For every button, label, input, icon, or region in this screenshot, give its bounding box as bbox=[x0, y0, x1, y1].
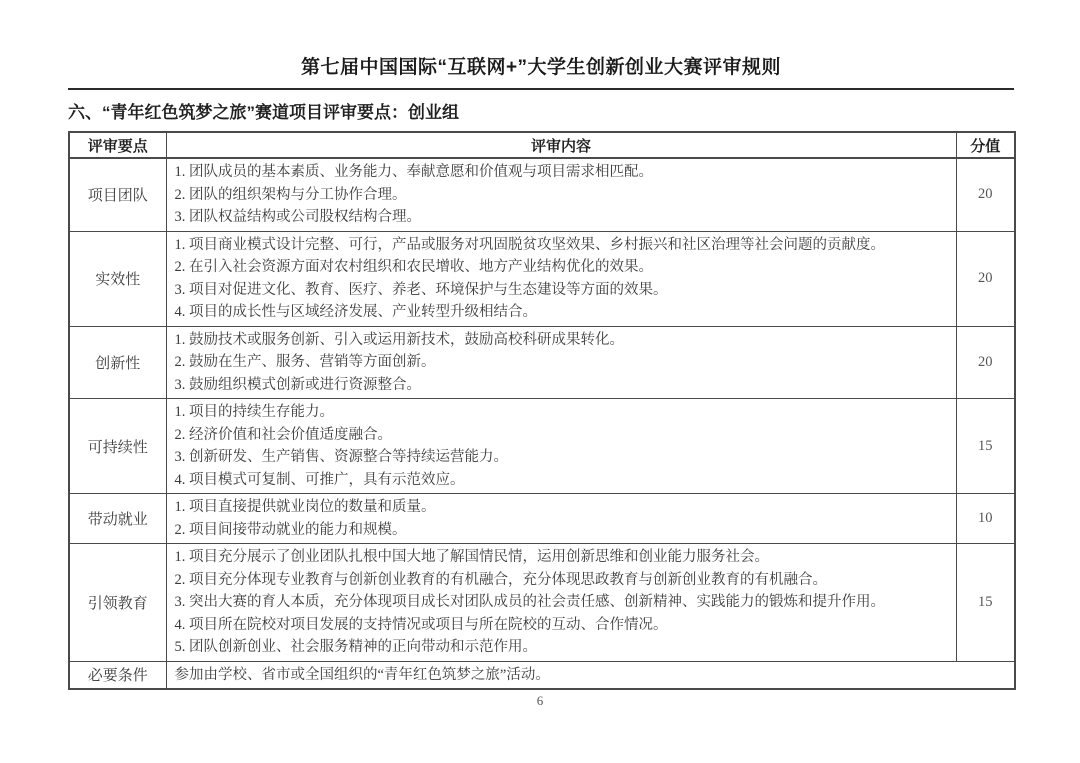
review-point-label: 创新性 bbox=[69, 326, 166, 399]
title-divider-line bbox=[68, 88, 1014, 90]
review-content-items: 参加由学校、省市或全国组织的“青年红色筑梦之旅”活动。 bbox=[166, 661, 1015, 689]
header-review-content: 评审内容 bbox=[166, 132, 956, 158]
table-row-effectiveness: 实效性 1. 项目商业模式设计完整、可行，产品或服务对巩固脱贫攻坚效果、乡村振兴… bbox=[69, 231, 1015, 326]
review-content-items: 1. 鼓励技术或服务创新、引入或运用新技术，鼓励高校科研成果转化。 2. 鼓励在… bbox=[166, 326, 956, 399]
table-row-education: 引领教育 1. 项目充分展示了创业团队扎根中国大地了解国情民情，运用创新思维和创… bbox=[69, 544, 1015, 662]
score-value: 10 bbox=[956, 494, 1015, 544]
table-row-sustainability: 可持续性 1. 项目的持续生存能力。 2. 经济价值和社会价值适度融合。 3. … bbox=[69, 399, 1015, 494]
score-value: 20 bbox=[956, 158, 1015, 231]
score-value: 20 bbox=[956, 326, 1015, 399]
review-point-label: 引领教育 bbox=[69, 544, 166, 662]
document-title: 第七届中国国际“互联网+”大学生创新创业大赛评审规则 bbox=[68, 52, 1014, 79]
score-value: 15 bbox=[956, 544, 1015, 662]
table-header-row: 评审要点 评审内容 分值 bbox=[69, 132, 1015, 158]
header-score: 分值 bbox=[956, 132, 1015, 158]
review-point-label: 可持续性 bbox=[69, 399, 166, 494]
review-content-items: 1. 项目商业模式设计完整、可行，产品或服务对巩固脱贫攻坚效果、乡村振兴和社区治… bbox=[166, 231, 956, 326]
review-content-items: 1. 团队成员的基本素质、业务能力、奉献意愿和价值观与项目需求相匹配。 2. 团… bbox=[166, 158, 956, 231]
section-heading: 六、“青年红色筑梦之旅”赛道项目评审要点：创业组 bbox=[68, 98, 1014, 123]
score-value: 15 bbox=[956, 399, 1015, 494]
review-point-label: 必要条件 bbox=[69, 661, 166, 689]
review-content-items: 1. 项目的持续生存能力。 2. 经济价值和社会价值适度融合。 3. 创新研发、… bbox=[166, 399, 956, 494]
header-review-point: 评审要点 bbox=[69, 132, 166, 158]
review-content-items: 1. 项目直接提供就业岗位的数量和质量。 2. 项目间接带动就业的能力和规模。 bbox=[166, 494, 956, 544]
table-row-required-condition: 必要条件 参加由学校、省市或全国组织的“青年红色筑梦之旅”活动。 bbox=[69, 661, 1015, 689]
review-point-label: 实效性 bbox=[69, 231, 166, 326]
table-row-project-team: 项目团队 1. 团队成员的基本素质、业务能力、奉献意愿和价值观与项目需求相匹配。… bbox=[69, 158, 1015, 231]
table-row-innovation: 创新性 1. 鼓励技术或服务创新、引入或运用新技术，鼓励高校科研成果转化。 2.… bbox=[69, 326, 1015, 399]
table-row-employment: 带动就业 1. 项目直接提供就业岗位的数量和质量。 2. 项目间接带动就业的能力… bbox=[69, 494, 1015, 544]
review-point-label: 项目团队 bbox=[69, 158, 166, 231]
page-number: 6 bbox=[0, 693, 1080, 709]
rubric-table: 评审要点 评审内容 分值 项目团队 1. 团队成员的基本素质、业务能力、奉献意愿… bbox=[68, 131, 1016, 690]
score-value: 20 bbox=[956, 231, 1015, 326]
review-content-items: 1. 项目充分展示了创业团队扎根中国大地了解国情民情，运用创新思维和创业能力服务… bbox=[166, 544, 956, 662]
document-page: 第七届中国国际“互联网+”大学生创新创业大赛评审规则 六、“青年红色筑梦之旅”赛… bbox=[68, 0, 1014, 690]
review-point-label: 带动就业 bbox=[69, 494, 166, 544]
